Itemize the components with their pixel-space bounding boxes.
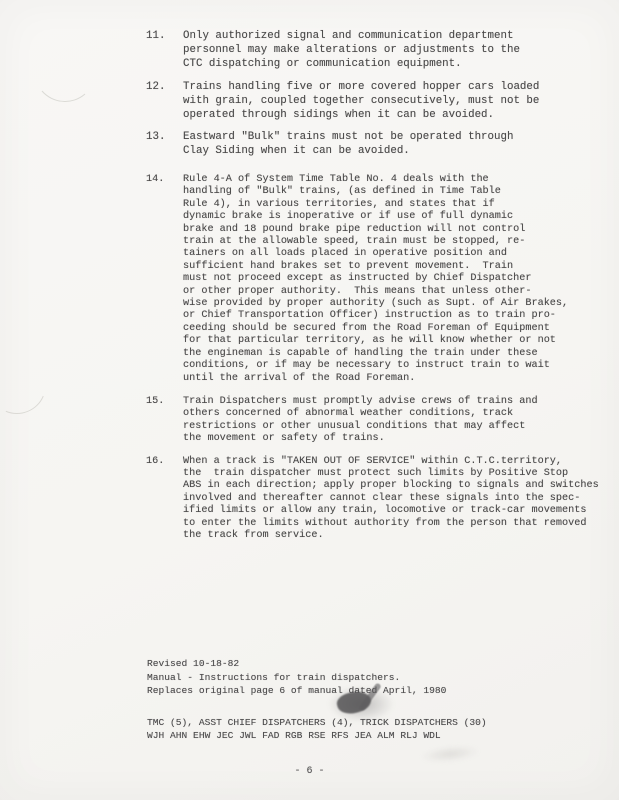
item-text: Trains handling five or more covered hop…	[183, 80, 539, 122]
text-line: dynamic brake is inoperative or if use o…	[183, 211, 568, 223]
text-line: to enter the limits without authority fr…	[183, 518, 599, 530]
text-line: Trains handling five or more covered hop…	[183, 80, 539, 94]
item-text: When a track is "TAKEN OUT OF SERVICE" w…	[183, 456, 599, 543]
text-line: personnel may make alterations or adjust…	[183, 43, 520, 57]
list-item: 14.Rule 4-A of System Time Table No. 4 d…	[146, 174, 619, 385]
item-number: 14.	[146, 174, 183, 385]
text-line: brake and 18 pound brake pipe reduction …	[183, 224, 568, 236]
item-number: 15.	[146, 396, 183, 446]
text-line: the engineman is capable of handling the…	[183, 348, 568, 360]
text-line: ified limits or allow any train, locomot…	[183, 505, 599, 517]
page-number: - 6 -	[0, 766, 619, 777]
list-item: 12.Trains handling five or more covered …	[146, 80, 619, 122]
text-line: Clay Siding when it can be avoided.	[183, 144, 513, 158]
text-line: Rule 4-A of System Time Table No. 4 deal…	[183, 174, 568, 186]
list-item: 13.Eastward "Bulk" trains must not be op…	[146, 130, 619, 158]
text-line: Train Dispatchers must promptly advise c…	[183, 396, 538, 408]
footer-line: Replaces original page 6 of manual dated…	[147, 684, 487, 698]
text-line: involved and thereafter cannot clear the…	[183, 493, 599, 505]
text-line: the train dispatcher must protect such l…	[183, 468, 599, 480]
text-line: with grain, coupled together consecutive…	[183, 94, 539, 108]
item-number: 11.	[146, 29, 183, 71]
text-line: the track from service.	[183, 530, 599, 542]
footer-line: Revised 10-18-82	[147, 657, 487, 671]
text-line: conditions, or if may be necessary to in…	[183, 360, 568, 372]
text-line: tainers on all loads placed in operative…	[183, 248, 568, 260]
text-line: ceeding should be secured from the Road …	[183, 323, 568, 335]
item-number: 12.	[146, 80, 183, 122]
text-line: train at the allowable speed, train must…	[183, 236, 568, 248]
text-line: When a track is "TAKEN OUT OF SERVICE" w…	[183, 456, 599, 468]
footer-line: Manual - Instructions for train dispatch…	[147, 671, 487, 685]
text-line: handling of "Bulk" trains, (as defined i…	[183, 186, 568, 198]
text-line: Eastward "Bulk" trains must not be opera…	[183, 130, 513, 144]
list-item: 11.Only authorized signal and communicat…	[146, 29, 619, 71]
item-number: 16.	[146, 456, 183, 543]
distribution-line: TMC (5), ASST CHIEF DISPATCHERS (4), TRI…	[147, 716, 487, 730]
item-text: Eastward "Bulk" trains must not be opera…	[183, 130, 513, 158]
text-line: others concerned of abnormal weather con…	[183, 408, 538, 420]
text-line: must not proceed except as instructed by…	[183, 273, 568, 285]
text-line: wise provided by proper authority (such …	[183, 298, 568, 310]
page-footer: Revised 10-18-82Manual - Instructions fo…	[147, 657, 487, 743]
text-line: operated through sidings when it can be …	[183, 108, 539, 122]
text-line: restrictions or other unusual conditions…	[183, 421, 538, 433]
text-line: CTC dispatching or communication equipme…	[183, 57, 520, 71]
text-line: ABS in each direction; apply proper bloc…	[183, 480, 599, 492]
item-text: Only authorized signal and communication…	[183, 29, 520, 71]
item-text: Train Dispatchers must promptly advise c…	[183, 396, 538, 446]
item-text: Rule 4-A of System Time Table No. 4 deal…	[183, 174, 568, 385]
text-line: or other proper authority. This means th…	[183, 286, 568, 298]
paper-smear	[419, 743, 480, 765]
distribution-block: TMC (5), ASST CHIEF DISPATCHERS (4), TRI…	[147, 716, 487, 743]
revision-block: Revised 10-18-82Manual - Instructions fo…	[147, 657, 487, 698]
instruction-list: 11.Only authorized signal and communicat…	[0, 29, 619, 542]
text-line: for that particular territory, as he wil…	[183, 335, 568, 347]
paper-page: 11.Only authorized signal and communicat…	[0, 0, 619, 800]
list-item: 15.Train Dispatchers must promptly advis…	[146, 396, 619, 446]
text-line: Rule 4), in various territories, and sta…	[183, 199, 568, 211]
text-line: or Chief Transportation Officer) instruc…	[183, 310, 568, 322]
distribution-line: WJH AHN EHW JEC JWL FAD RGB RSE RFS JEA …	[147, 729, 487, 743]
text-line: Only authorized signal and communication…	[183, 29, 520, 43]
text-line: until the arrival of the Road Foreman.	[183, 373, 568, 385]
list-item: 16.When a track is "TAKEN OUT OF SERVICE…	[146, 456, 619, 543]
text-line: sufficient hand brakes set to prevent mo…	[183, 261, 568, 273]
text-line: the movement or safety of trains.	[183, 433, 538, 445]
item-number: 13.	[146, 130, 183, 158]
